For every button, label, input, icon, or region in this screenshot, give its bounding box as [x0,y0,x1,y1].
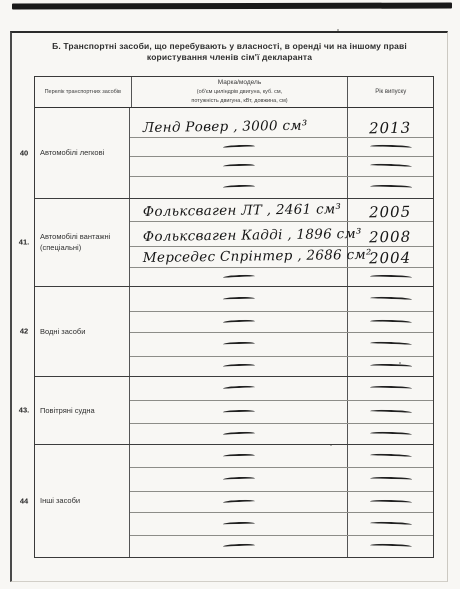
handwritten-dash [222,410,254,415]
handwritten-dash [222,386,254,391]
handwritten-dash [369,274,411,279]
year-cell [348,177,433,198]
vehicles-table: Перелік транспортних засобів Марка/модел… [34,76,434,558]
block-subrows: Фольксваген ЛТ , 2461 см³2005Фольксваген… [130,199,433,286]
make-model-cell [130,138,348,156]
vehicle-type-label: Водні засоби [35,287,130,376]
table-subrow [130,311,433,332]
year-cell [348,468,433,491]
table-subrow [130,287,433,311]
year-cell [348,333,433,356]
make-model-cell: Фольксваген ЛТ , 2461 см³ [130,199,348,221]
table-block: 43.Повітряні судна [35,376,433,444]
year-cell [348,377,433,400]
handwritten-dash [222,431,254,436]
year-entry: 2008 [369,230,411,247]
header-make-model: Марка/модель (об'єм циліндрів двигуна, к… [132,77,349,107]
table-header-row: Перелік транспортних засобів Марка/модел… [35,77,433,108]
table-subrow: Ленд Ровер , 3000 см³2013 [130,108,433,137]
vehicle-type-label: Автомобілі легкові [35,108,130,198]
section-title: Б. Транспортні засоби, що перебувають у … [12,41,447,64]
make-model-cell [130,312,348,332]
table-subrow [130,445,433,467]
year-entry: 2013 [369,121,411,138]
handwritten-dash [222,342,254,347]
table-subrow [130,467,433,491]
year-entry: 2005 [369,205,411,222]
year-cell [348,492,433,512]
model-entry: Фольксваген Кадді , 1896 см³ [143,228,362,246]
row-number: 40 [15,148,33,157]
make-model-cell [130,536,348,557]
handwritten-dash [222,544,254,549]
table-subrow: Фольксваген Кадді , 1896 см³2008 [130,221,433,246]
year-cell [348,357,433,376]
year-cell: 2005 [348,199,433,221]
make-model-cell [130,157,348,176]
make-model-cell [130,445,348,467]
year-cell [348,268,433,286]
vehicle-type-label: Інші засоби [35,445,130,557]
section-title-line2: користування членів сім'ї декларанта [12,52,447,63]
handwritten-dash [369,521,411,526]
table-subrow [130,332,433,356]
table-subrow [130,156,433,176]
handwritten-dash [222,364,254,369]
header-make-model-line2: (об'єм циліндрів двигуна, куб. см, [197,88,283,97]
make-model-cell: Мерседес Спрінтер , 2686 см² [130,247,348,267]
scan-edge-artifact [12,3,452,10]
year-cell: 2013 [348,108,433,137]
vehicle-type-label: Повітряні судна [35,377,130,444]
row-number: 44 [15,496,33,505]
make-model-cell [130,287,348,311]
year-cell [348,401,433,423]
handwritten-dash [222,454,254,459]
handwritten-dash [369,431,411,436]
block-subrows [130,377,433,444]
table-subrow: Фольксваген ЛТ , 2461 см³2005 [130,199,433,221]
block-subrows [130,445,433,557]
table-subrow [130,491,433,512]
table-subrow [130,356,433,376]
vehicle-type-label: Автомобілі вантажні (спеціальні) [35,199,130,286]
year-cell [348,312,433,332]
table-block: 40Автомобілі легковіЛенд Ровер , 3000 см… [35,108,433,198]
table-subrow [130,176,433,198]
make-model-cell [130,424,348,444]
year-cell [348,138,433,156]
make-model-cell [130,357,348,376]
handwritten-dash [222,274,254,279]
handwritten-dash [369,499,411,504]
make-model-cell [130,513,348,535]
header-make-model-line3: потужність двигуна, кВт, довжина, см) [191,97,287,106]
make-model-cell: Ленд Ровер , 3000 см³ [130,108,348,137]
table-subrow [130,377,433,400]
handwritten-dash [369,364,411,369]
year-cell [348,445,433,467]
make-model-cell [130,377,348,400]
make-model-cell [130,468,348,491]
model-entry: Фольксваген ЛТ , 2461 см³ [143,204,341,221]
handwritten-dash [369,319,411,324]
year-cell [348,157,433,176]
handwritten-dash [369,144,411,149]
handwritten-dash [369,409,411,414]
form-frame: Б. Транспортні засоби, що перебувають у … [10,31,448,582]
handwritten-dash [369,386,411,391]
year-cell [348,287,433,311]
handwritten-dash [369,164,411,170]
year-cell [348,424,433,444]
table-subrow [130,423,433,444]
table-block: 42Водні засоби [35,286,433,376]
header-make-model-line1: Марка/модель [218,78,261,88]
table-subrow [130,400,433,423]
make-model-cell [130,333,348,356]
make-model-cell [130,492,348,512]
model-entry: Ленд Ровер , 3000 см³ [143,120,308,137]
year-entry: 2004 [369,251,411,268]
model-entry: Мерседес Спрінтер , 2686 см² [143,249,372,267]
handwritten-dash [222,164,254,169]
row-number: 42 [15,327,33,336]
handwritten-dash [369,544,411,549]
handwritten-dash [222,144,254,149]
make-model-cell [130,401,348,423]
handwritten-dash [369,185,411,190]
handwritten-dash [222,297,254,302]
handwritten-dash [369,342,411,348]
table-subrow: Мерседес Спрінтер , 2686 см²2004 [130,246,433,267]
block-subrows [130,287,433,376]
handwritten-dash [222,185,254,190]
table-subrow [130,512,433,535]
scanned-declaration-page: Б. Транспортні засоби, що перебувають у … [0,0,460,589]
handwritten-dash [369,477,411,482]
table-subrow [130,267,433,286]
handwritten-dash [369,296,411,301]
table-subrow [130,137,433,156]
table-block: 44Інші засоби [35,444,433,557]
section-title-line1: Б. Транспортні засоби, що перебувають у … [12,41,447,52]
year-cell [348,513,433,535]
header-vehicle-types: Перелік транспортних засобів [35,77,132,107]
row-number: 43. [15,406,33,415]
block-subrows: Ленд Ровер , 3000 см³2013 [130,108,433,198]
header-year: Рік випуску [348,77,433,107]
table-subrow [130,535,433,557]
handwritten-dash [222,477,254,482]
table-blocks: 40Автомобілі легковіЛенд Ровер , 3000 см… [35,108,433,557]
handwritten-dash [222,522,254,527]
make-model-cell [130,177,348,198]
table-block: 41.Автомобілі вантажні (спеціальні)Фольк… [35,198,433,286]
row-number: 41. [15,238,33,247]
make-model-cell [130,268,348,286]
handwritten-dash [222,499,254,504]
handwritten-dash [369,453,411,459]
make-model-cell: Фольксваген Кадді , 1896 см³ [130,222,348,246]
handwritten-dash [222,319,254,324]
year-cell [348,536,433,557]
